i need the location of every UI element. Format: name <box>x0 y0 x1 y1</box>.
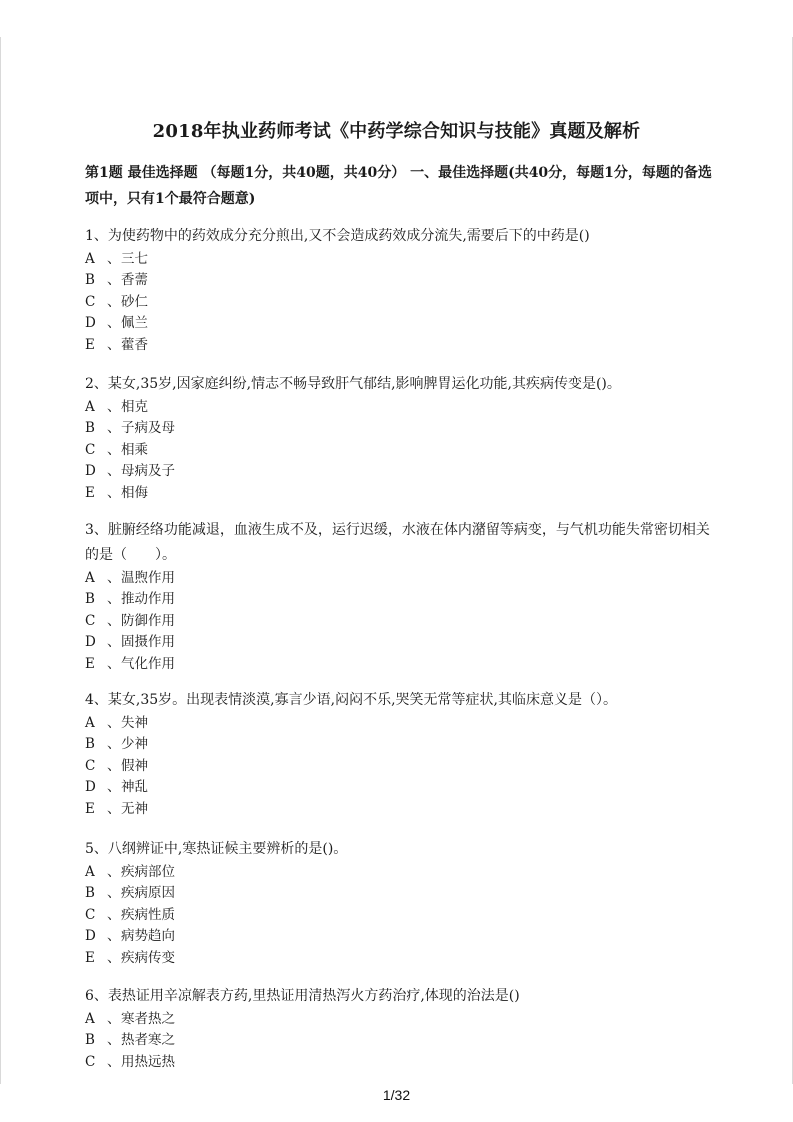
option-list: A、三七 B、香薷 C、砂仁 D、佩兰 E、藿香 <box>85 249 715 356</box>
option-text: 藿香 <box>121 337 148 353</box>
option-letter: D <box>85 461 107 482</box>
option-c: C、防御作用 <box>85 611 715 632</box>
option-list: A、温煦作用 B、推动作用 C、防御作用 D、固摄作用 E、气化作用 <box>85 568 715 675</box>
option-letter: B <box>85 270 107 291</box>
option-letter: C <box>85 905 107 926</box>
option-letter: B <box>85 883 107 904</box>
option-text: 神乱 <box>121 779 148 795</box>
option-letter: A <box>85 862 107 883</box>
option-text: 温煦作用 <box>121 570 175 586</box>
option-separator: 、 <box>107 418 121 439</box>
option-separator: 、 <box>107 589 121 610</box>
option-separator: 、 <box>107 1009 121 1030</box>
option-separator: 、 <box>107 632 121 653</box>
option-list: A、失神 B、少神 C、假神 D、神乱 E、无神 <box>85 713 715 820</box>
option-text: 香薷 <box>121 272 148 288</box>
option-letter: A <box>85 568 107 589</box>
option-separator: 、 <box>107 948 121 969</box>
option-separator: 、 <box>107 756 121 777</box>
option-letter: D <box>85 926 107 947</box>
option-separator: 、 <box>107 777 121 798</box>
option-text: 母病及子 <box>121 463 175 479</box>
option-letter: C <box>85 440 107 461</box>
option-text: 热者寒之 <box>121 1032 175 1048</box>
option-letter: A <box>85 713 107 734</box>
option-letter: B <box>85 734 107 755</box>
option-b: B、子病及母 <box>85 418 715 439</box>
option-a: A、相克 <box>85 397 715 418</box>
option-letter: A <box>85 397 107 418</box>
option-separator: 、 <box>107 461 121 482</box>
option-letter: C <box>85 1052 107 1073</box>
option-letter: C <box>85 611 107 632</box>
option-d: D、神乱 <box>85 777 715 798</box>
document-title: 2018年执业药师考试《中药学综合知识与技能》真题及解析 <box>0 120 793 144</box>
question-5: 5、八纲辨证中,寒热证候主要辨析的是()。 A、疾病部位 B、疾病原因 C、疾病… <box>85 837 715 969</box>
option-b: B、推动作用 <box>85 589 715 610</box>
option-separator: 、 <box>107 713 121 734</box>
option-e: E、无神 <box>85 799 715 820</box>
question-stem: 2、某女,35岁,因家庭纠纷,情志不畅导致肝气郁结,影响脾胃运化功能,其疾病传变… <box>85 372 715 397</box>
option-separator: 、 <box>107 862 121 883</box>
option-separator: 、 <box>107 397 121 418</box>
question-6: 6、表热证用辛凉解表方药,里热证用清热泻火方药治疗,体现的治法是() A、寒者热… <box>85 984 715 1073</box>
option-text: 固摄作用 <box>121 634 175 650</box>
option-letter: D <box>85 777 107 798</box>
option-a: A、疾病部位 <box>85 862 715 883</box>
option-separator: 、 <box>107 249 121 270</box>
option-c: C、用热远热 <box>85 1052 715 1073</box>
option-d: D、佩兰 <box>85 313 715 334</box>
option-letter: E <box>85 654 107 675</box>
question-stem: 1、为使药物中的药效成分充分煎出,又不会造成药效成分流失,需要后下的中药是() <box>85 224 715 249</box>
option-letter: E <box>85 948 107 969</box>
option-separator: 、 <box>107 734 121 755</box>
option-text: 病势趋向 <box>121 928 175 944</box>
option-text: 疾病传变 <box>121 950 175 966</box>
option-e: E、气化作用 <box>85 654 715 675</box>
option-c: C、砂仁 <box>85 292 715 313</box>
option-text: 寒者热之 <box>121 1011 175 1027</box>
section-header: 第1题 最佳选择题 （每题1分，共40题，共40分） 一、最佳选择题(共40分，… <box>85 160 715 212</box>
option-separator: 、 <box>107 335 121 356</box>
option-e: E、藿香 <box>85 335 715 356</box>
option-d: D、母病及子 <box>85 461 715 482</box>
option-text: 用热远热 <box>121 1054 175 1070</box>
option-text: 防御作用 <box>121 613 175 629</box>
option-text: 疾病性质 <box>121 907 175 923</box>
question-3: 3、脏腑经络功能减退，血液生成不及，运行迟缓，水液在体内潴留等病变，与气机功能失… <box>85 518 715 675</box>
option-letter: B <box>85 589 107 610</box>
option-letter: A <box>85 1009 107 1030</box>
option-text: 相乘 <box>121 442 148 458</box>
question-stem: 4、某女,35岁。出现表情淡漠,寡言少语,闷闷不乐,哭笑无常等症状,其临床意义是… <box>85 688 715 713</box>
option-text: 疾病部位 <box>121 864 175 880</box>
option-text: 疾病原因 <box>121 885 175 901</box>
option-separator: 、 <box>107 292 121 313</box>
option-b: B、疾病原因 <box>85 883 715 904</box>
option-list: A、寒者热之 B、热者寒之 C、用热远热 <box>85 1009 715 1073</box>
option-c: C、疾病性质 <box>85 905 715 926</box>
option-text: 无神 <box>121 801 148 817</box>
question-stem: 5、八纲辨证中,寒热证候主要辨析的是()。 <box>85 837 715 862</box>
option-a: A、寒者热之 <box>85 1009 715 1030</box>
option-letter: E <box>85 335 107 356</box>
option-text: 失神 <box>121 715 148 731</box>
option-letter: C <box>85 292 107 313</box>
option-text: 少神 <box>121 736 148 752</box>
option-separator: 、 <box>107 799 121 820</box>
option-separator: 、 <box>107 483 121 504</box>
option-text: 佩兰 <box>121 315 148 331</box>
question-4: 4、某女,35岁。出现表情淡漠,寡言少语,闷闷不乐,哭笑无常等症状,其临床意义是… <box>85 688 715 820</box>
option-d: D、固摄作用 <box>85 632 715 653</box>
option-text: 假神 <box>121 758 148 774</box>
option-separator: 、 <box>107 1052 121 1073</box>
option-list: A、疾病部位 B、疾病原因 C、疾病性质 D、病势趋向 E、疾病传变 <box>85 862 715 969</box>
option-separator: 、 <box>107 270 121 291</box>
option-list: A、相克 B、子病及母 C、相乘 D、母病及子 E、相侮 <box>85 397 715 504</box>
option-separator: 、 <box>107 883 121 904</box>
option-letter: E <box>85 483 107 504</box>
option-separator: 、 <box>107 1030 121 1051</box>
option-d: D、病势趋向 <box>85 926 715 947</box>
option-a: A、失神 <box>85 713 715 734</box>
option-text: 子病及母 <box>121 420 175 436</box>
option-letter: E <box>85 799 107 820</box>
option-separator: 、 <box>107 568 121 589</box>
option-e: E、疾病传变 <box>85 948 715 969</box>
option-separator: 、 <box>107 654 121 675</box>
option-letter: A <box>85 249 107 270</box>
option-letter: B <box>85 418 107 439</box>
option-b: B、香薷 <box>85 270 715 291</box>
option-separator: 、 <box>107 313 121 334</box>
question-1: 1、为使药物中的药效成分充分煎出,又不会造成药效成分流失,需要后下的中药是() … <box>85 224 715 356</box>
page-left-edge <box>0 37 1 1084</box>
option-b: B、少神 <box>85 734 715 755</box>
option-a: A、三七 <box>85 249 715 270</box>
question-2: 2、某女,35岁,因家庭纠纷,情志不畅导致肝气郁结,影响脾胃运化功能,其疾病传变… <box>85 372 715 504</box>
page-number: 1/32 <box>0 1087 793 1103</box>
option-separator: 、 <box>107 440 121 461</box>
option-text: 相侮 <box>121 485 148 501</box>
option-letter: D <box>85 632 107 653</box>
option-separator: 、 <box>107 611 121 632</box>
option-text: 三七 <box>121 251 148 267</box>
option-text: 气化作用 <box>121 656 175 672</box>
option-separator: 、 <box>107 926 121 947</box>
option-c: C、假神 <box>85 756 715 777</box>
option-b: B、热者寒之 <box>85 1030 715 1051</box>
option-separator: 、 <box>107 905 121 926</box>
option-e: E、相侮 <box>85 483 715 504</box>
question-stem: 6、表热证用辛凉解表方药,里热证用清热泻火方药治疗,体现的治法是() <box>85 984 715 1009</box>
option-letter: B <box>85 1030 107 1051</box>
option-c: C、相乘 <box>85 440 715 461</box>
option-letter: C <box>85 756 107 777</box>
option-text: 砂仁 <box>121 294 148 310</box>
option-text: 相克 <box>121 399 148 415</box>
question-stem: 3、脏腑经络功能减退，血液生成不及，运行迟缓，水液在体内潴留等病变，与气机功能失… <box>85 518 715 568</box>
option-letter: D <box>85 313 107 334</box>
option-text: 推动作用 <box>121 591 175 607</box>
option-a: A、温煦作用 <box>85 568 715 589</box>
